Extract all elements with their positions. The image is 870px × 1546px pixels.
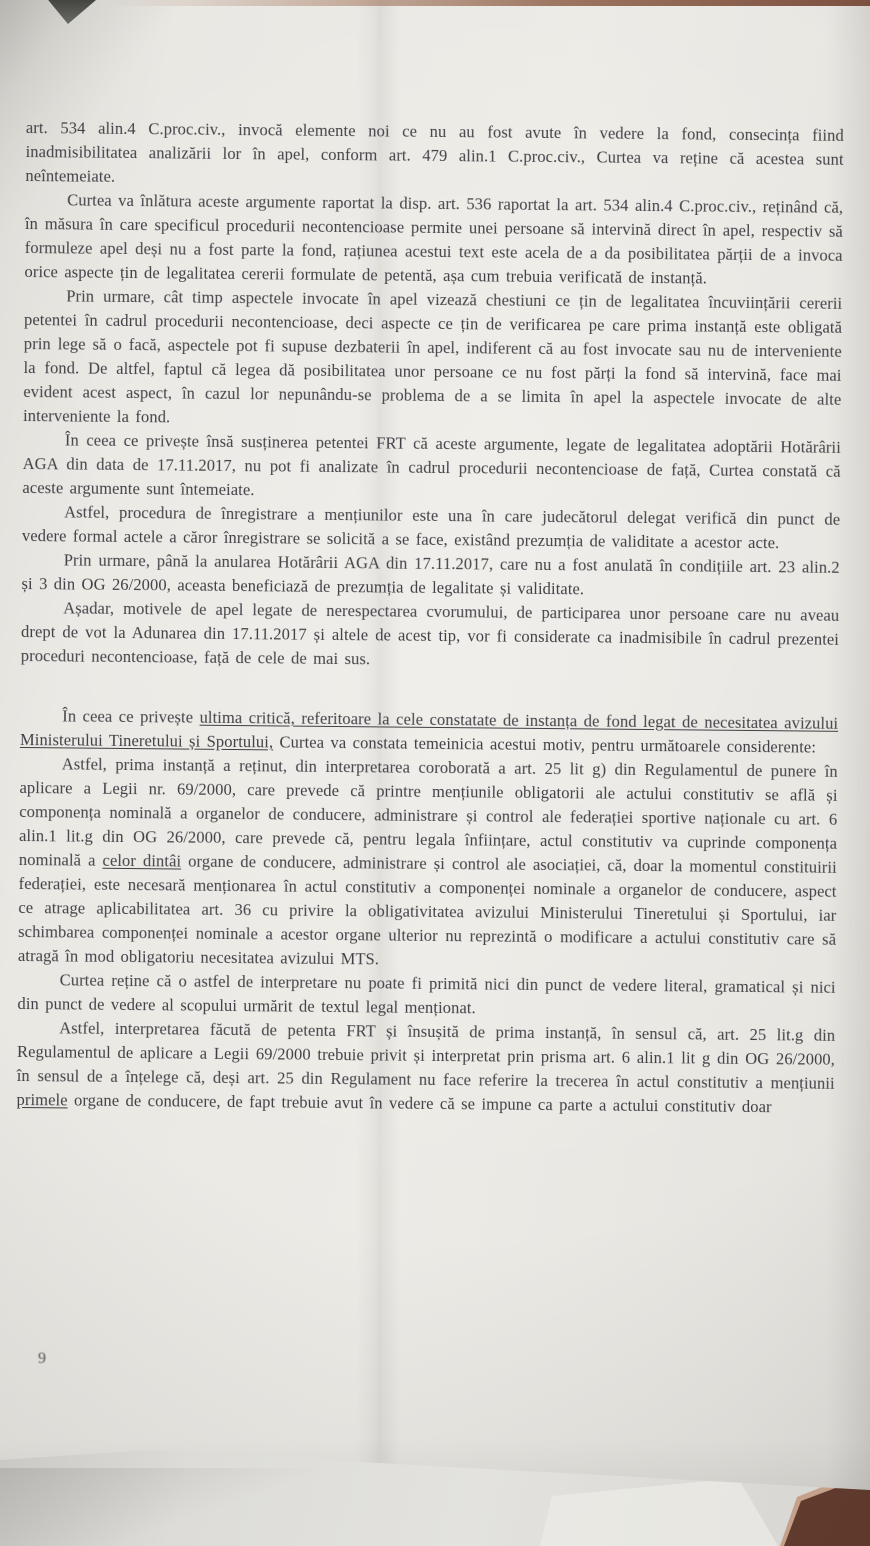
body-text: Curtea va înlătura aceste argumente rapo… [24, 190, 843, 287]
paragraph: Așadar, motivele de apel legate de neres… [21, 596, 840, 676]
paragraph: Prin urmare, până la anularea Hotărârii … [21, 548, 839, 604]
paragraph: art. 534 alin.4 C.proc.civ., invocă elem… [25, 116, 844, 196]
underlying-sheet-fold-shadow [0, 1468, 340, 1546]
paragraph: Curtea va înlătura aceste argumente rapo… [24, 188, 843, 292]
paragraph: În ceea ce privește ultima critică, refe… [20, 704, 838, 760]
paragraph: Curtea reține că o astfel de interpretar… [17, 968, 835, 1024]
body-text: Prin urmare, cât timp aspectele invocate… [23, 286, 842, 426]
body-text: art. 534 alin.4 C.proc.civ., invocă elem… [25, 118, 844, 186]
underlined-text: primele [16, 1090, 67, 1109]
body-text: În ceea ce privește însă susținerea pete… [22, 430, 841, 499]
paragraph: Astfel, procedura de înregistrare a menț… [22, 500, 840, 556]
text-block: art. 534 alin.4 C.proc.civ., invocă elem… [16, 116, 844, 1120]
body-text: Curtea reține că o astfel de interpretar… [17, 970, 835, 1017]
body-text: Astfel, procedura de înregistrare a menț… [22, 502, 840, 552]
body-text: Curtea va constata temeinicia acestui mo… [273, 732, 816, 756]
body-text: În ceea ce privește [62, 706, 200, 726]
body-text: organe de conducere, de fapt trebuie avu… [68, 1090, 772, 1116]
desk-surface-top [110, 0, 870, 6]
body-text: Astfel, interpretarea făcută de petenta … [17, 1018, 836, 1092]
document-page: art. 534 alin.4 C.proc.civ., invocă elem… [0, 0, 870, 1546]
paragraph: Astfel, interpretarea făcută de petenta … [16, 1016, 835, 1120]
paragraph: Astfel, prima instanță a reținut, din in… [18, 752, 838, 976]
paragraph: În ceea ce privește însă susținerea pete… [22, 428, 841, 508]
paragraph: Prin urmare, cât timp aspectele invocate… [23, 284, 842, 436]
body-text: Prin urmare, până la anularea Hotărârii … [21, 550, 839, 598]
page-number: 9 [38, 1350, 46, 1368]
photographed-document: art. 534 alin.4 C.proc.civ., invocă elem… [0, 0, 870, 1546]
underlined-text: celor dintâi [102, 851, 181, 871]
body-text: Așadar, motivele de apel legate de neres… [21, 598, 840, 668]
